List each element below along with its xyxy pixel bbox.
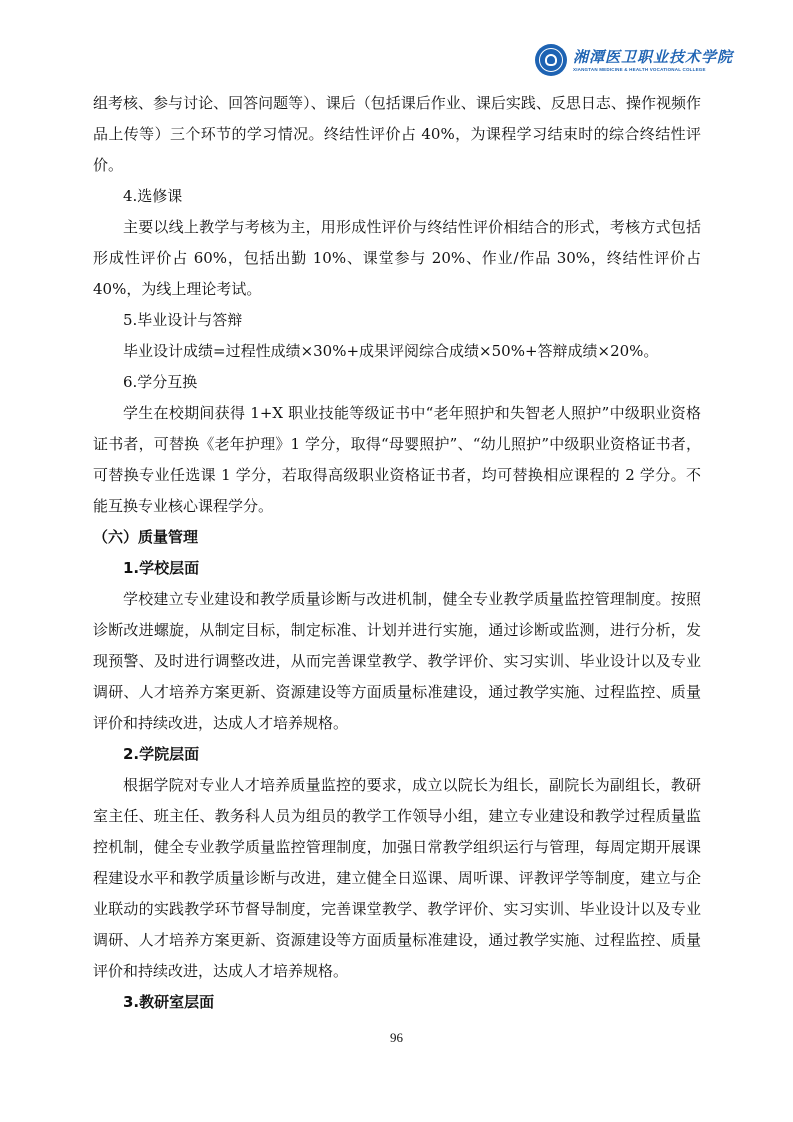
college-logo: 湘潭医卫职业技术学院 XIANGTAN MEDICINE & HEALTH VO… xyxy=(535,44,733,76)
heading-college-level: 2.学院层面 xyxy=(93,739,701,770)
paragraph-school-level: 学校建立专业建设和教学质量诊断与改进机制，健全专业教学质量监控管理制度。按照诊断… xyxy=(93,584,701,739)
document-body: 组考核、参与讨论、回答问题等）、课后（包括课后作业、课后实践、反思日志、操作视频… xyxy=(93,88,701,1018)
logo-name-cn: 湘潭医卫职业技术学院 xyxy=(573,48,733,66)
heading-credit-exchange: 6.学分互换 xyxy=(93,367,701,398)
college-emblem-icon xyxy=(535,44,567,76)
logo-text: 湘潭医卫职业技术学院 XIANGTAN MEDICINE & HEALTH VO… xyxy=(573,48,733,73)
paragraph-intro: 组考核、参与讨论、回答问题等）、课后（包括课后作业、课后实践、反思日志、操作视频… xyxy=(93,88,701,181)
logo-name-en: XIANGTAN MEDICINE & HEALTH VOCATIONAL CO… xyxy=(573,66,733,73)
heading-elective: 4.选修课 xyxy=(93,181,701,212)
paragraph-credit-exchange: 学生在校期间获得 1+X 职业技能等级证书中“老年照护和失智老人照护”中级职业资… xyxy=(93,398,701,522)
heading-graduation: 5.毕业设计与答辩 xyxy=(93,305,701,336)
paragraph-graduation: 毕业设计成绩=过程性成绩×30%+成果评阅综合成绩×50%+答辩成绩×20%。 xyxy=(93,336,701,367)
heading-school-level: 1.学校层面 xyxy=(93,553,701,584)
heading-quality-management: （六）质量管理 xyxy=(93,522,701,553)
paragraph-elective: 主要以线上教学与考核为主，用形成性评价与终结性评价相结合的形式，考核方式包括形成… xyxy=(93,212,701,305)
page-number: 96 xyxy=(0,1030,793,1046)
paragraph-college-level: 根据学院对专业人才培养质量监控的要求，成立以院长为组长，副院长为副组长，教研室主… xyxy=(93,770,701,987)
heading-teaching-office-level: 3.教研室层面 xyxy=(93,987,701,1018)
